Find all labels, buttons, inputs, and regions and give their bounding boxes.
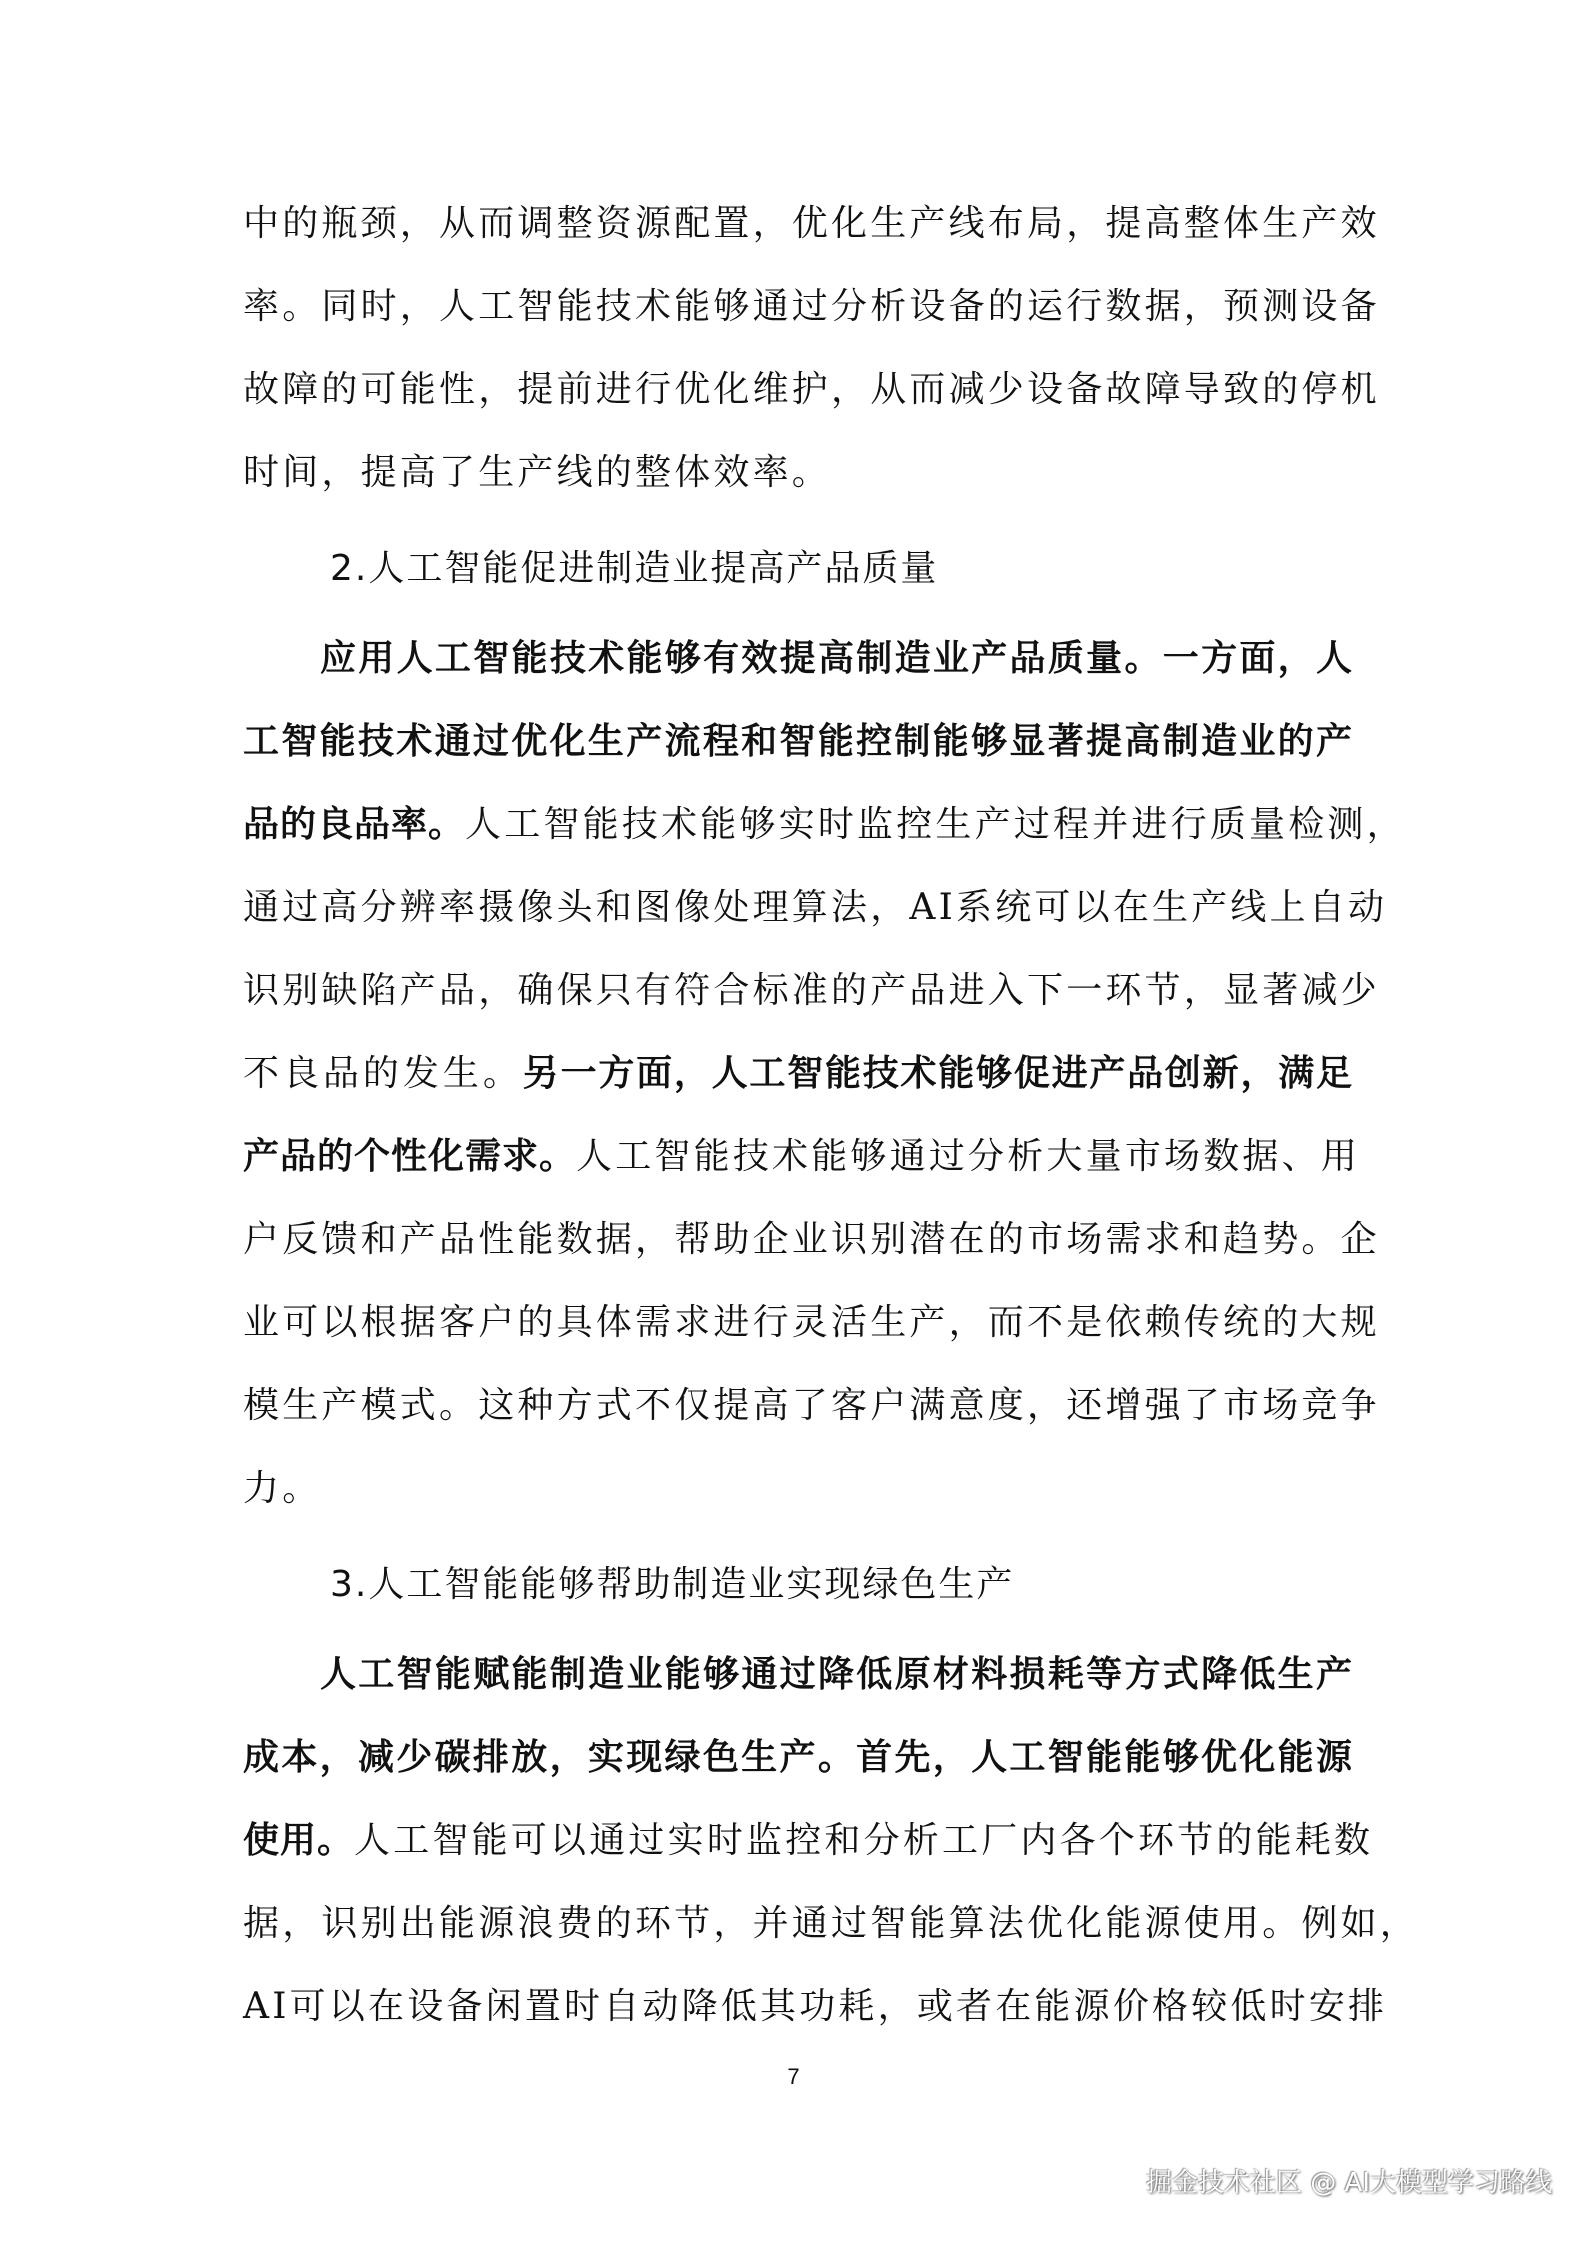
text-segment: 力。 xyxy=(243,1468,321,1509)
text-segment: 不良品的发生。 xyxy=(243,1053,523,1094)
bold-segment: 工智能技术通过优化生产流程和智能控制能够显著提高制造业的产 xyxy=(243,721,1353,762)
text-line: AI可以在设备闲置时自动降低其功耗，或者在能源价格较低时安排 xyxy=(243,1985,1353,2029)
bold-segment: 人工智能赋能制造业能够通过降低原材料损耗等方式降低生产 xyxy=(320,1654,1353,1695)
text-line: 识别缺陷产品，确保只有符合标准的产品进入下一环节，显著减少 xyxy=(243,969,1353,1013)
text-line: 使用。人工智能可以通过实时监控和分析工厂内各个环节的能耗数 xyxy=(243,1819,1353,1863)
text-line: 时间，提高了生产线的整体效率。 xyxy=(243,451,1353,495)
text-segment: 人工智能技术能够实时监控生产过程并进行质量检测， xyxy=(465,804,1406,845)
text-line: 据，识别出能源浪费的环节，并通过智能算法优化能源使用。例如， xyxy=(243,1902,1353,1946)
text-segment: 人工智能技术能够通过分析大量市场数据、用 xyxy=(576,1136,1360,1177)
text-line: 人工智能赋能制造业能够通过降低原材料损耗等方式降低生产 xyxy=(320,1653,1353,1697)
text-line: 模生产模式。这种方式不仅提高了客户满意度，还增强了市场竞争 xyxy=(243,1384,1353,1428)
text-segment: 识别缺陷产品，确保只有符合标准的产品进入下一环节，显著减少 xyxy=(243,970,1380,1011)
section-heading-2: 2.人工智能促进制造业提高产品质量 xyxy=(330,547,938,591)
bold-segment: 使用。 xyxy=(243,1820,354,1861)
text-segment: AI可以在设备闲置时自动降低其功耗，或者在能源价格较低时安排 xyxy=(243,1986,1387,2027)
text-line: 率。同时，人工智能技术能够通过分析设备的运行数据，预测设备 xyxy=(243,285,1353,329)
text-line: 品的良品率。人工智能技术能够实时监控生产过程并进行质量检测， xyxy=(243,803,1353,847)
text-line: 产品的个性化需求。人工智能技术能够通过分析大量市场数据、用 xyxy=(243,1135,1353,1179)
text-segment: 业可以根据客户的具体需求进行灵活生产，而不是依赖传统的大规 xyxy=(243,1302,1380,1343)
bold-segment: 品的良品率。 xyxy=(243,804,465,845)
text-line: 成本，减少碳排放，实现绿色生产。首先，人工智能能够优化能源 xyxy=(243,1736,1353,1780)
text-line: 故障的可能性，提前进行优化维护，从而减少设备故障导致的停机 xyxy=(243,368,1353,412)
bold-segment: 另一方面，人工智能技术能够促进产品创新，满足 xyxy=(523,1053,1353,1094)
bold-segment: 产品的个性化需求。 xyxy=(243,1136,576,1177)
text-line: 不良品的发生。另一方面，人工智能技术能够促进产品创新，满足 xyxy=(243,1052,1353,1096)
watermark: 掘金技术社区 @ AI大模型学习路线 xyxy=(1146,2162,1552,2199)
section-heading-3: 3.人工智能能够帮助制造业实现绿色生产 xyxy=(330,1563,1014,1607)
page-number: 7 xyxy=(0,2064,1587,2090)
text-line: 业可以根据客户的具体需求进行灵活生产，而不是依赖传统的大规 xyxy=(243,1301,1353,1345)
text-line: 中的瓶颈，从而调整资源配置，优化生产线布局，提高整体生产效 xyxy=(243,202,1353,246)
document-page: 中的瓶颈，从而调整资源配置，优化生产线布局，提高整体生产效 率。同时，人工智能技… xyxy=(0,0,1587,2245)
text-line: 户反馈和产品性能数据，帮助企业识别潜在的市场需求和趋势。企 xyxy=(243,1218,1353,1262)
text-line: 工智能技术通过优化生产流程和智能控制能够显著提高制造业的产 xyxy=(243,720,1353,764)
text-segment: 人工智能可以通过实时监控和分析工厂内各个环节的能耗数 xyxy=(354,1820,1373,1861)
bold-segment: 成本，减少碳排放，实现绿色生产。首先，人工智能能够优化能源 xyxy=(243,1737,1353,1778)
text-segment: 通过高分辨率摄像头和图像处理算法，AI系统可以在生产线上自动 xyxy=(243,887,1387,928)
text-line: 通过高分辨率摄像头和图像处理算法，AI系统可以在生产线上自动 xyxy=(243,886,1353,930)
bold-segment: 应用人工智能技术能够有效提高制造业产品质量。一方面，人 xyxy=(320,638,1353,679)
text-segment: 模生产模式。这种方式不仅提高了客户满意度，还增强了市场竞争 xyxy=(243,1385,1380,1426)
text-line: 力。 xyxy=(243,1467,1353,1511)
text-line: 应用人工智能技术能够有效提高制造业产品质量。一方面，人 xyxy=(320,637,1353,681)
text-segment: 户反馈和产品性能数据，帮助企业识别潜在的市场需求和趋势。企 xyxy=(243,1219,1380,1260)
text-segment: 据，识别出能源浪费的环节，并通过智能算法优化能源使用。例如， xyxy=(243,1903,1419,1944)
